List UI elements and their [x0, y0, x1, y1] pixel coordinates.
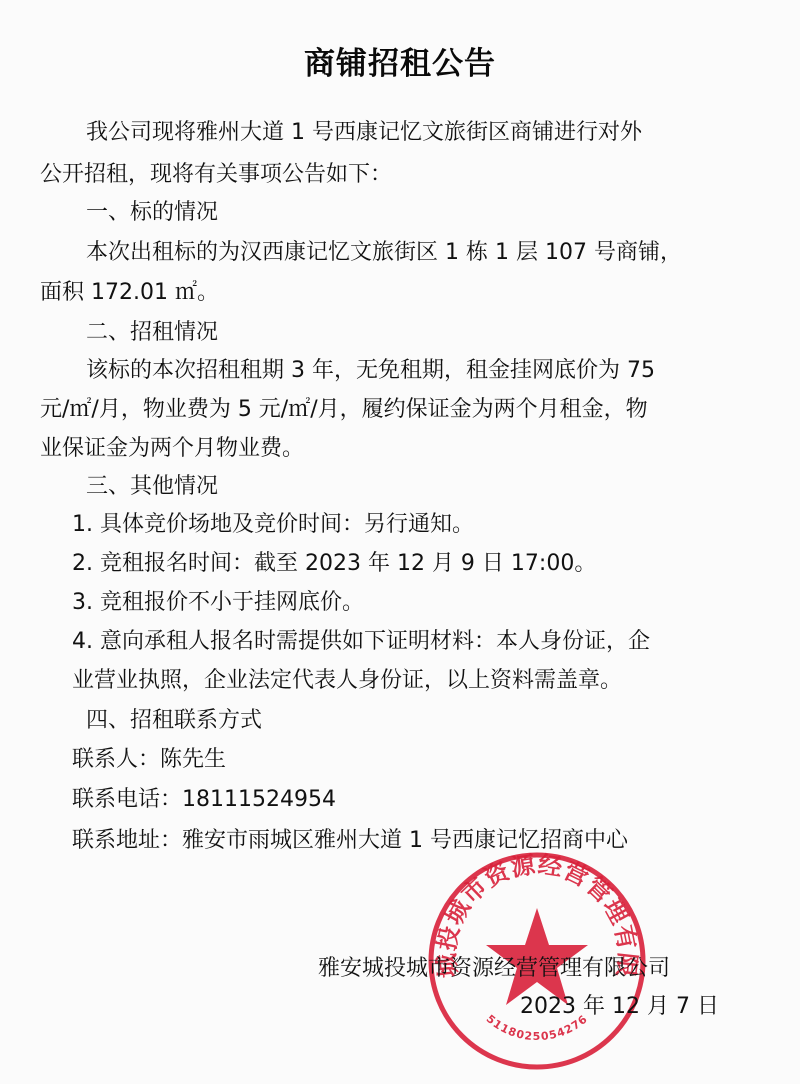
intro-line: 我公司现将雅州大道 1 号西康记忆文旅街区商铺进行对外	[86, 118, 642, 148]
intro-line: 公开招租，现将有关事项公告如下：	[40, 160, 392, 190]
section-line: 元/㎡/月，物业费为 5 元/㎡/月，履约保证金为两个月租金，物	[40, 395, 648, 425]
signature-date: 2023 年 12 月 7 日	[520, 992, 719, 1022]
list-item: 4. 意向承租人报名时需提供如下证明材料：本人身份证，企	[72, 627, 650, 657]
list-item: 1. 具体竞价场地及竞价时间：另行通知。	[72, 510, 474, 540]
section-heading: 四、招租联系方式	[86, 706, 262, 736]
list-item: 3. 竞租报价不小于挂网底价。	[72, 588, 364, 618]
section-heading: 二、招租情况	[86, 318, 218, 348]
signature-company: 雅安城投城市资源经营管理有限公司	[318, 954, 670, 984]
page-title: 商铺招租公告	[0, 38, 800, 83]
contact-person: 联系人：陈先生	[72, 745, 226, 775]
section-line: 业保证金为两个月物业费。	[40, 434, 304, 464]
list-item: 业营业执照，企业法定代表人身份证，以上资料需盖章。	[72, 666, 622, 696]
section-heading: 三、其他情况	[86, 472, 218, 502]
section-line: 该标的本次招租租期 3 年，无免租期，租金挂网底价为 75	[86, 356, 655, 386]
section-line: 本次出租标的为汉西康记忆文旅街区 1 栋 1 层 107 号商铺，	[86, 238, 682, 268]
contact-phone: 联系电话：18111524954	[72, 785, 336, 815]
section-line: 面积 172.01 ㎡。	[40, 278, 219, 308]
section-heading: 一、标的情况	[86, 198, 218, 228]
list-item: 2. 竞租报名时间：截至 2023 年 12 月 9 日 17:00。	[72, 549, 596, 579]
